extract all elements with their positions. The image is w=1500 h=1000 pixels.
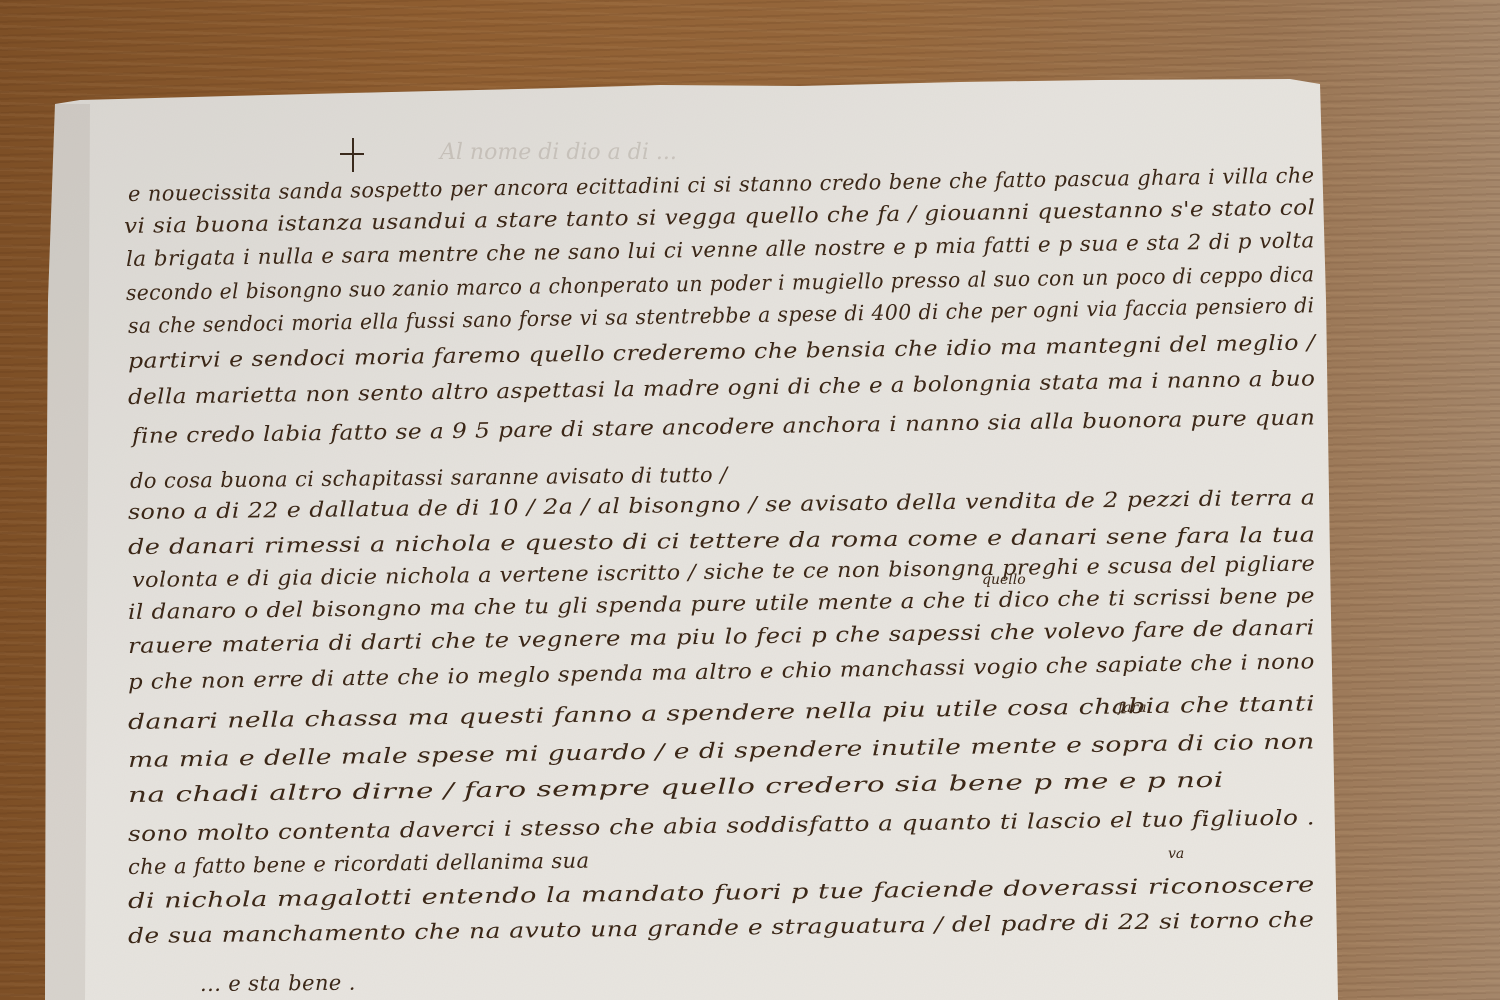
- text-line: di nichola magalotti entendo la mandato …: [128, 872, 1315, 913]
- text-line: ... e sta bene .: [200, 971, 356, 996]
- cross-mark-icon: [340, 138, 364, 172]
- text-line: na chadi altro dirne / faro sempre quell…: [128, 768, 1224, 807]
- letter-text-area: Al nome di dio a di ... e nouecissita sa…: [0, 0, 1500, 1000]
- text-line: fine credo labia fatto se a 9 5 pare di …: [132, 405, 1316, 448]
- text-line: ma mia e delle male spese mi guardo / e …: [128, 729, 1315, 772]
- interlinear-insertion: quello: [982, 572, 1026, 588]
- interlinear-insertion: fara: [1118, 700, 1147, 716]
- text-line: che a fatto bene e ricordati dellanima s…: [128, 849, 590, 879]
- text-line: partirvi e sendoci moria faremo quello c…: [128, 330, 1316, 373]
- bleed-through-ink: Al nome di dio a di ...: [440, 140, 677, 165]
- text-line: de sua manchamento che na avuto una gran…: [128, 907, 1315, 948]
- text-line: sono molto contenta daverci i stesso che…: [128, 805, 1315, 846]
- interlinear-insertion: va: [1168, 846, 1184, 862]
- text-line: do cosa buona ci schapitassi saranne avi…: [130, 463, 728, 493]
- text-line: p che non erre di atte che io meglo spen…: [128, 649, 1315, 694]
- text-line: sono a di 22 e dallatua de di 10 / 2a / …: [128, 485, 1316, 524]
- text-line: della marietta non sento altro aspettasi…: [128, 366, 1316, 409]
